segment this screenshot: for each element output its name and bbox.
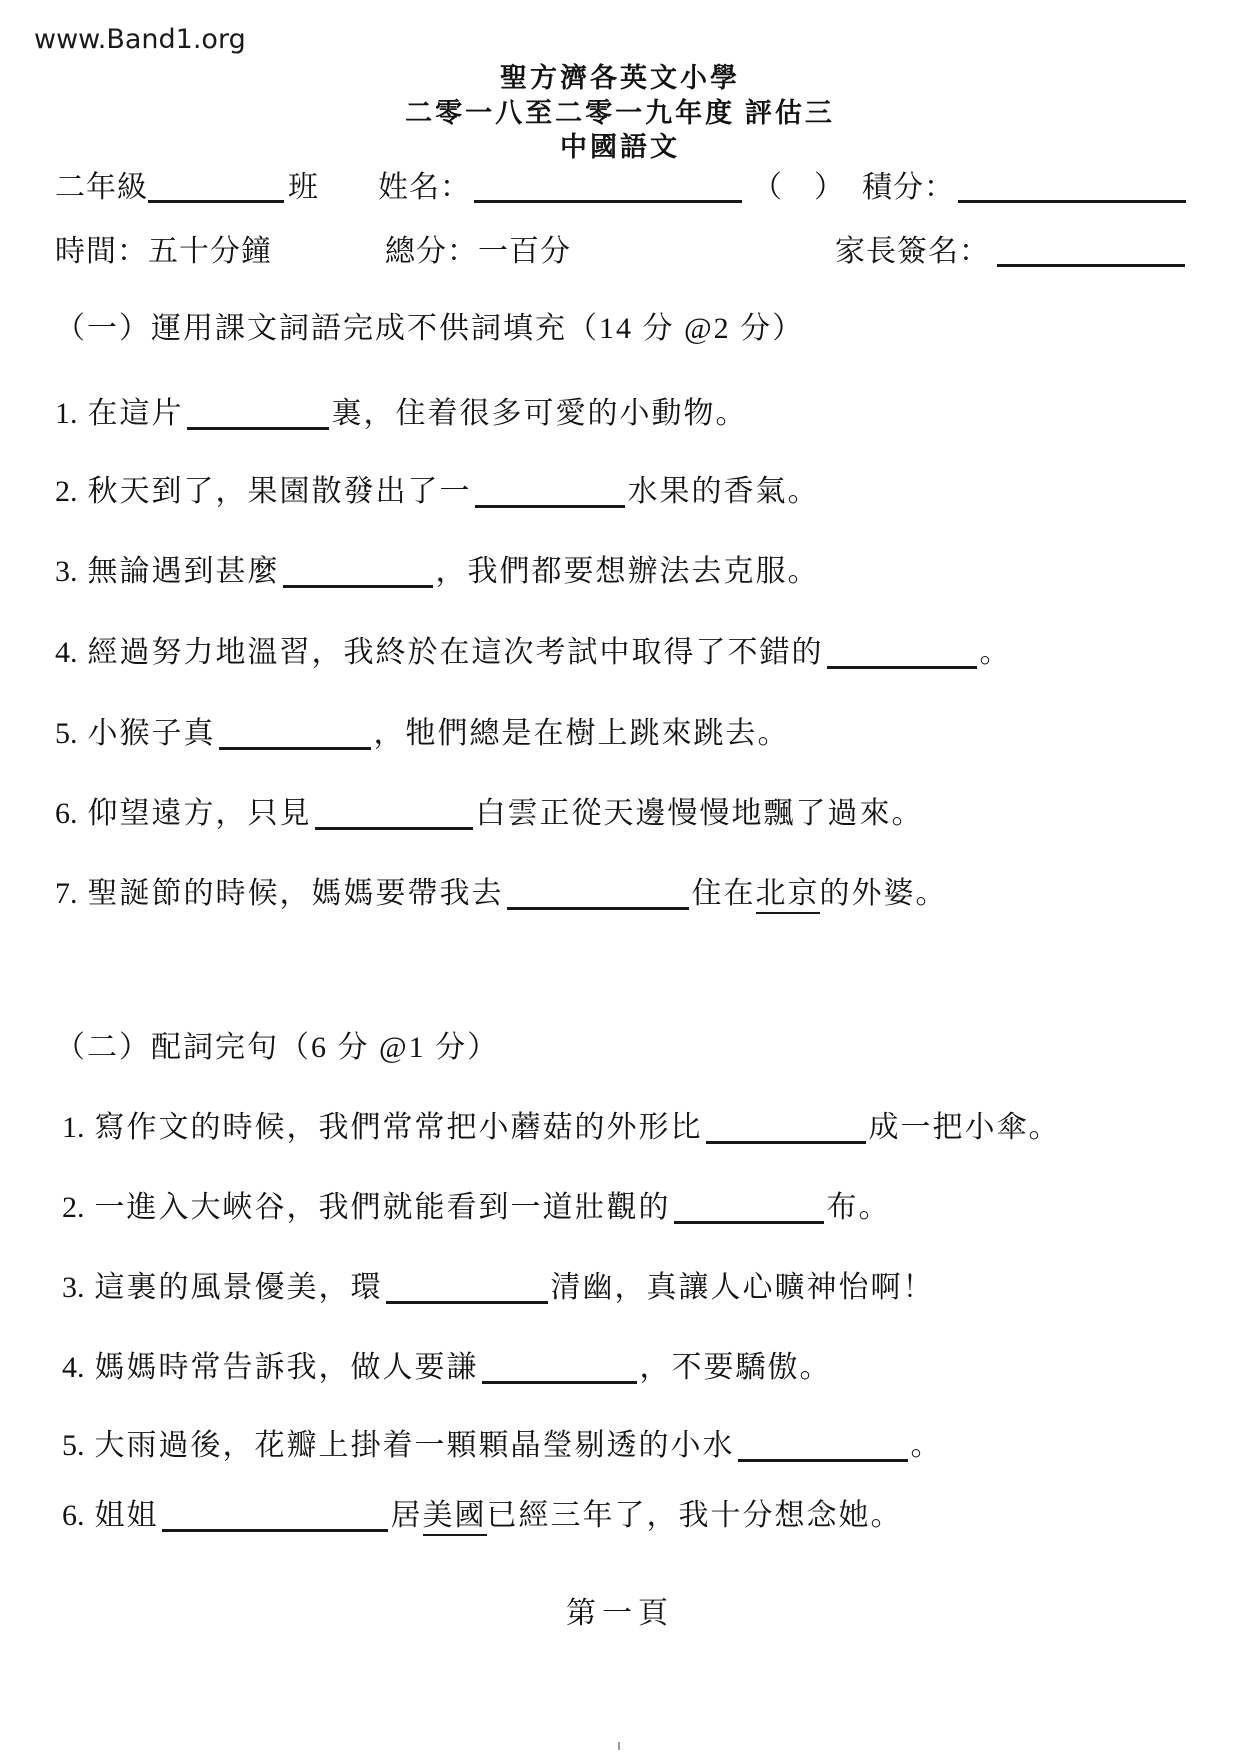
subject-title: 中國語文 (0, 125, 1240, 164)
question-text-post2: 已經三年了，我十分想念她。 (487, 1499, 903, 1532)
question-text-pre: 大雨過後，花瓣上掛着一顆顆晶瑩剔透的小水 (95, 1429, 735, 1462)
fill-in-blank (827, 635, 977, 669)
question-text-post: 水果的香氣。 (628, 475, 820, 508)
question-text-post2: 的外婆。 (820, 877, 948, 910)
question-text-post: ，不要驕傲。 (640, 1351, 832, 1384)
fill-in-blank (674, 1190, 824, 1224)
fill-in-blank (475, 474, 625, 508)
question-text-pre: 在這片 (88, 397, 184, 430)
question-number: 3. (62, 1271, 85, 1305)
fill-in-blank (315, 796, 473, 830)
scan-artifact-mark (618, 1742, 620, 1750)
watermark: www.Band1.org (34, 24, 246, 55)
question-text-post: 住在 (692, 877, 756, 910)
question-text-pre: 寫作文的時候，我們常常把小蘑菇的外形比 (95, 1111, 703, 1144)
question-text-pre: 仰望遠方，只見 (88, 797, 312, 830)
question-text-post: 白雲正從天邊慢慢地飄了過來。 (476, 797, 924, 830)
fill-in-blank (482, 1350, 637, 1384)
question-text-post: 裏，住着很多可愛的小動物。 (332, 397, 748, 430)
class-number-parens: （ ） (752, 162, 845, 206)
fill-in-blank (706, 1110, 866, 1144)
s1-question-1: 1.在這片裏，住着很多可愛的小動物。 (55, 388, 748, 432)
s2-question-2: 2.一進入大峽谷，我們就能看到一道壯觀的布。 (62, 1182, 891, 1226)
question-text-post: 。 (980, 636, 1012, 669)
question-text-pre: 無論遇到甚麼 (88, 555, 280, 588)
question-number: 3. (55, 555, 78, 589)
question-number: 1. (55, 397, 78, 431)
question-text-pre: 經過努力地溫習，我終於在這次考試中取得了不錯的 (88, 636, 824, 669)
question-text-pre: 媽媽時常告訴我，做人要謙 (95, 1351, 479, 1384)
question-text-post: 成一把小傘。 (869, 1111, 1061, 1144)
parent-sign-blank (997, 264, 1185, 267)
question-text-pre: 姐姐 (95, 1499, 159, 1532)
fill-in-blank (283, 554, 433, 588)
question-number: 2. (55, 475, 78, 509)
class-suffix: 班 (288, 162, 319, 206)
question-number: 2. (62, 1191, 85, 1225)
page-number-footer: 第一頁 (0, 1588, 1240, 1632)
fill-in-blank (507, 876, 689, 910)
class-blank (148, 200, 284, 203)
question-number: 5. (62, 1429, 85, 1463)
grade-label: 二年級 (55, 162, 148, 206)
underlined-word: 美國 (423, 1499, 487, 1536)
s2-question-1: 1.寫作文的時候，我們常常把小蘑菇的外形比成一把小傘。 (62, 1102, 1061, 1146)
time-label: 時間：五十分鐘 (55, 226, 272, 270)
question-text-post: ，牠們總是在樹上跳來跳去。 (374, 717, 790, 750)
fill-in-blank (187, 396, 329, 430)
fill-in-blank (738, 1428, 908, 1462)
question-text-post: 。 (911, 1429, 943, 1462)
info-row-2: 時間：五十分鐘 總分：一百分 家長簽名： (0, 226, 1240, 270)
total-label: 總分：一百分 (385, 226, 571, 270)
fill-in-blank (219, 716, 371, 750)
underlined-word: 北京 (756, 877, 820, 914)
s1-question-7: 7.聖誕節的時候，媽媽要帶我去住在北京的外婆。 (55, 868, 948, 912)
question-text-pre: 小猴子真 (88, 717, 216, 750)
question-number: 4. (55, 636, 78, 670)
s2-question-6: 6.姐姐居美國已經三年了，我十分想念她。 (62, 1490, 903, 1534)
question-number: 5. (55, 717, 78, 751)
question-text-pre: 這裏的風景優美，環 (95, 1271, 383, 1304)
question-number: 6. (55, 797, 78, 831)
info-row-1: 二年級 班 姓名： （ ） 積分： (0, 162, 1240, 206)
s1-question-6: 6.仰望遠方，只見白雲正從天邊慢慢地飄了過來。 (55, 788, 924, 832)
s1-question-4: 4.經過努力地溫習，我終於在這次考試中取得了不錯的。 (55, 627, 1012, 671)
question-number: 1. (62, 1111, 85, 1145)
name-blank (474, 200, 742, 203)
question-text-pre: 聖誕節的時候，媽媽要帶我去 (88, 877, 504, 910)
s1-question-2: 2.秋天到了，果園散發出了一水果的香氣。 (55, 466, 820, 510)
s1-question-5: 5.小猴子真，牠們總是在樹上跳來跳去。 (55, 708, 790, 752)
fill-in-blank (386, 1270, 548, 1304)
school-name: 聖方濟各英文小學 (0, 56, 1240, 95)
score-label: 積分： (862, 162, 955, 206)
section2-heading: （二）配詞完句（6 分 @1 分） (55, 1022, 499, 1066)
question-text-pre: 秋天到了，果園散發出了一 (88, 475, 472, 508)
s1-question-3: 3.無論遇到甚麼，我們都要想辦法去克服。 (55, 546, 820, 590)
s2-question-4: 4.媽媽時常告訴我，做人要謙，不要驕傲。 (62, 1342, 832, 1386)
s2-question-3: 3.這裏的風景優美，環清幽，真讓人心曠神怡啊！ (62, 1262, 935, 1306)
question-text-pre: 一進入大峽谷，我們就能看到一道壯觀的 (95, 1191, 671, 1224)
question-text-post: 居 (391, 1499, 423, 1532)
question-text-post: 清幽，真讓人心曠神怡啊！ (551, 1271, 935, 1304)
parent-sign-label: 家長簽名： (835, 226, 990, 270)
question-number: 6. (62, 1499, 85, 1533)
exam-paper-page: www.Band1.org 聖方濟各英文小學 二零一八至二零一九年度 評估三 中… (0, 0, 1240, 1754)
question-text-post: 布。 (827, 1191, 891, 1224)
name-label: 姓名： (378, 162, 471, 206)
question-number: 7. (55, 877, 78, 911)
fill-in-blank (162, 1498, 388, 1532)
question-number: 4. (62, 1351, 85, 1385)
question-text-post: ，我們都要想辦法去克服。 (436, 555, 820, 588)
section1-heading: （一）運用課文詞語完成不供詞填充（14 分 @2 分） (55, 303, 804, 347)
score-blank (958, 200, 1186, 203)
s2-question-5: 5.大雨過後，花瓣上掛着一顆顆晶瑩剔透的小水。 (62, 1420, 943, 1464)
